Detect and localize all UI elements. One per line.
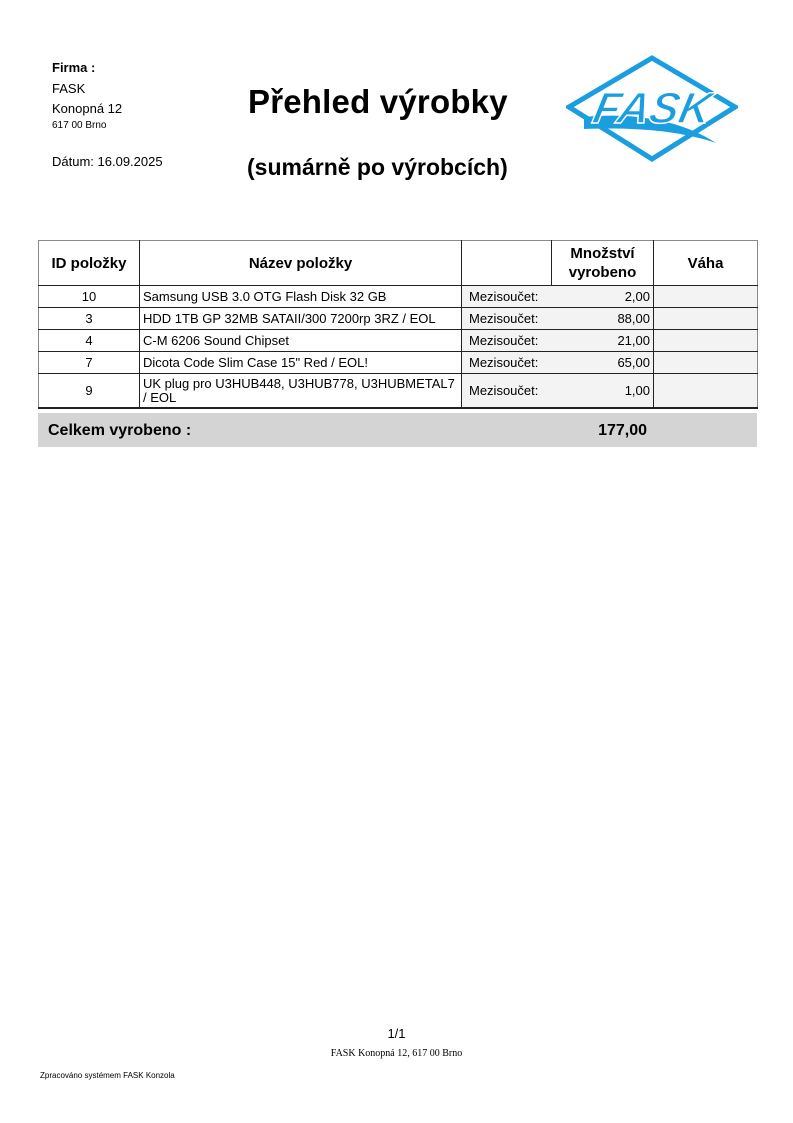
table-row: 10Samsung USB 3.0 OTG Flash Disk 32 GBMe… [39, 286, 758, 308]
weight [654, 308, 758, 330]
company-street: Konopná 12 [52, 101, 232, 116]
table-row: 9UK plug pro U3HUB448, U3HUB778, U3HUBME… [39, 374, 758, 409]
subtotal-label: Mezisoučet: [462, 330, 552, 352]
quantity: 88,00 [552, 308, 654, 330]
table-row: 4C-M 6206 Sound ChipsetMezisoučet:21,00 [39, 330, 758, 352]
header-subtotal [462, 241, 552, 286]
weight [654, 330, 758, 352]
table-row: 3HDD 1TB GP 32MB SATAII/300 7200rp 3RZ /… [39, 308, 758, 330]
quantity: 1,00 [552, 374, 654, 409]
footer-address: FASK Konopná 12, 617 00 Brno [0, 1048, 793, 1059]
quantity: 65,00 [552, 352, 654, 374]
header-id: ID položky [39, 241, 140, 286]
report-date: Dátum: 16.09.2025 [52, 154, 163, 169]
item-id: 9 [39, 374, 140, 409]
header-name: Název položky [140, 241, 462, 286]
weight [654, 374, 758, 409]
header-quantity: Množství vyrobeno [552, 241, 654, 286]
weight [654, 352, 758, 374]
quantity: 21,00 [552, 330, 654, 352]
item-id: 3 [39, 308, 140, 330]
item-name: UK plug pro U3HUB448, U3HUB778, U3HUBMET… [140, 374, 462, 409]
subtotal-label: Mezisoučet: [462, 308, 552, 330]
total-row: Celkem vyrobeno : 177,00 [38, 413, 757, 447]
table-header-row: ID položky Název položky Množství vyrobe… [39, 241, 758, 286]
weight [654, 286, 758, 308]
company-name: FASK [52, 81, 232, 96]
company-block: Firma : FASK Konopná 12 617 00 Brno [52, 60, 232, 131]
item-name: HDD 1TB GP 32MB SATAII/300 7200rp 3RZ / … [140, 308, 462, 330]
quantity: 2,00 [552, 286, 654, 308]
item-id: 4 [39, 330, 140, 352]
item-name: Dicota Code Slim Case 15" Red / EOL! [140, 352, 462, 374]
item-name: Samsung USB 3.0 OTG Flash Disk 32 GB [140, 286, 462, 308]
item-id: 7 [39, 352, 140, 374]
page-title: Přehled výrobky [248, 83, 508, 121]
company-label: Firma : [52, 60, 232, 75]
page-number: 1/1 [0, 1026, 793, 1041]
total-value: 177,00 [598, 422, 647, 440]
logo-text: FASK [589, 84, 719, 132]
item-id: 10 [39, 286, 140, 308]
subtotal-label: Mezisoučet: [462, 286, 552, 308]
table-row: 7Dicota Code Slim Case 15" Red / EOL!Mez… [39, 352, 758, 374]
subtotal-label: Mezisoučet: [462, 352, 552, 374]
item-name: C-M 6206 Sound Chipset [140, 330, 462, 352]
system-note: Zpracováno systémem FASK Konzola [40, 1071, 175, 1080]
fask-logo-icon: FASK [566, 55, 738, 163]
subtotal-label: Mezisoučet: [462, 374, 552, 409]
total-label: Celkem vyrobeno : [48, 422, 191, 440]
page-subtitle: (sumárně po výrobcích) [247, 154, 508, 181]
company-city: 617 00 Brno [52, 120, 232, 131]
header-weight: Váha [654, 241, 758, 286]
items-table: ID položky Název položky Množství vyrobe… [38, 240, 758, 409]
